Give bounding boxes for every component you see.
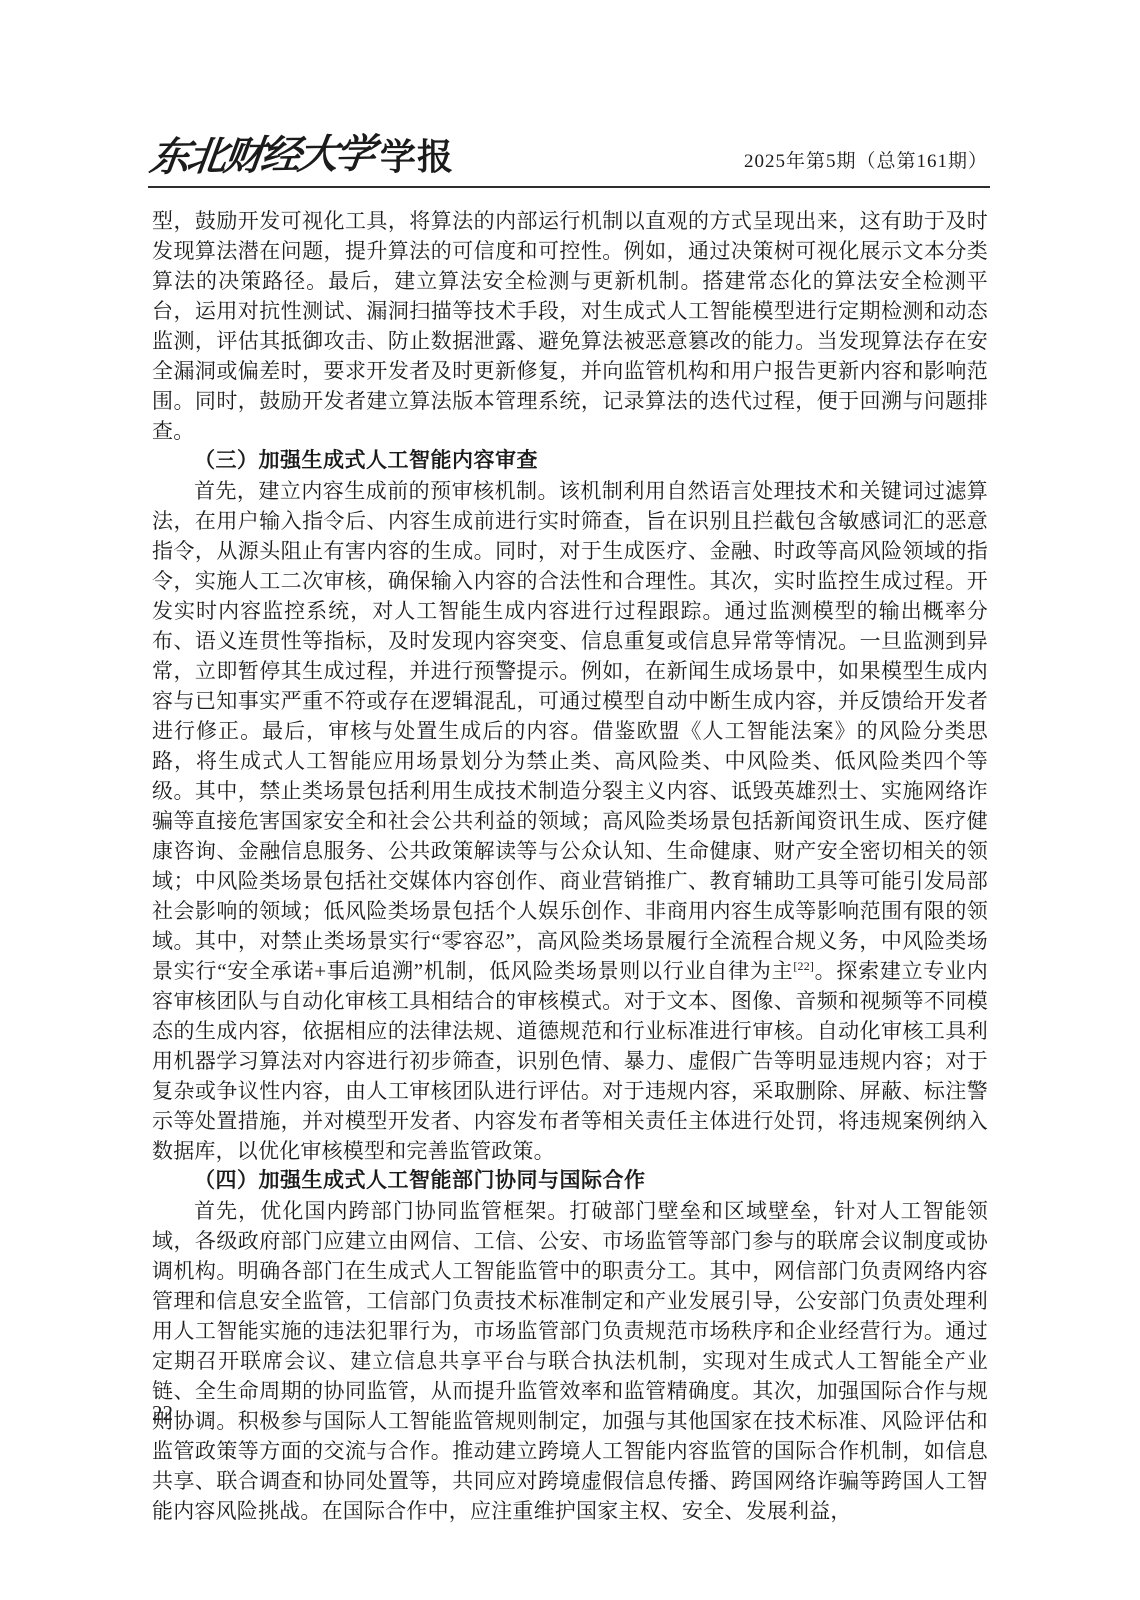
page-header: 东北财经大学 学报 2025年第5期（总第161期） — [150, 136, 988, 176]
section-heading-3: （三）加强生成式人工智能内容审查 — [152, 446, 988, 476]
paragraph-section4: 首先，优化国内跨部门协同监管框架。打破部门壁垒和区域壁垒，针对人工智能领域，各级… — [152, 1196, 988, 1526]
paragraph-continuation: 型，鼓励开发可视化工具，将算法的内部运行机制以直观的方式呈现出来，这有助于及时发… — [152, 206, 988, 446]
section-heading-4: （四）加强生成式人工智能部门协同与国际合作 — [152, 1166, 988, 1196]
paragraph-section3: 首先，建立内容生成前的预审核机制。该机制利用自然语言处理技术和关键词过滤算法，在… — [152, 476, 988, 1166]
citation-ref-22: [22] — [793, 959, 814, 973]
section3-text-after-ref: 。探索建立专业内容审核团队与自动化审核工具相结合的审核模式。对于文本、图像、音频… — [152, 959, 988, 1163]
page-number: 22 — [152, 1398, 173, 1428]
journal-page: 东北财经大学 学报 2025年第5期（总第161期） 型，鼓励开发可视化工具，将… — [0, 0, 1140, 1600]
journal-logo: 东北财经大学 学报 — [150, 136, 454, 176]
journal-name-suffix: 学报 — [380, 139, 454, 175]
article-body: 型，鼓励开发可视化工具，将算法的内部运行机制以直观的方式呈现出来，这有助于及时发… — [152, 206, 988, 1526]
section3-text-before-ref: 首先，建立内容生成前的预审核机制。该机制利用自然语言处理技术和关键词过滤算法，在… — [152, 479, 988, 983]
issue-info: 2025年第5期（总第161期） — [744, 146, 988, 176]
header-divider — [148, 186, 990, 188]
journal-name-calligraphy: 东北财经大学 — [147, 134, 374, 178]
